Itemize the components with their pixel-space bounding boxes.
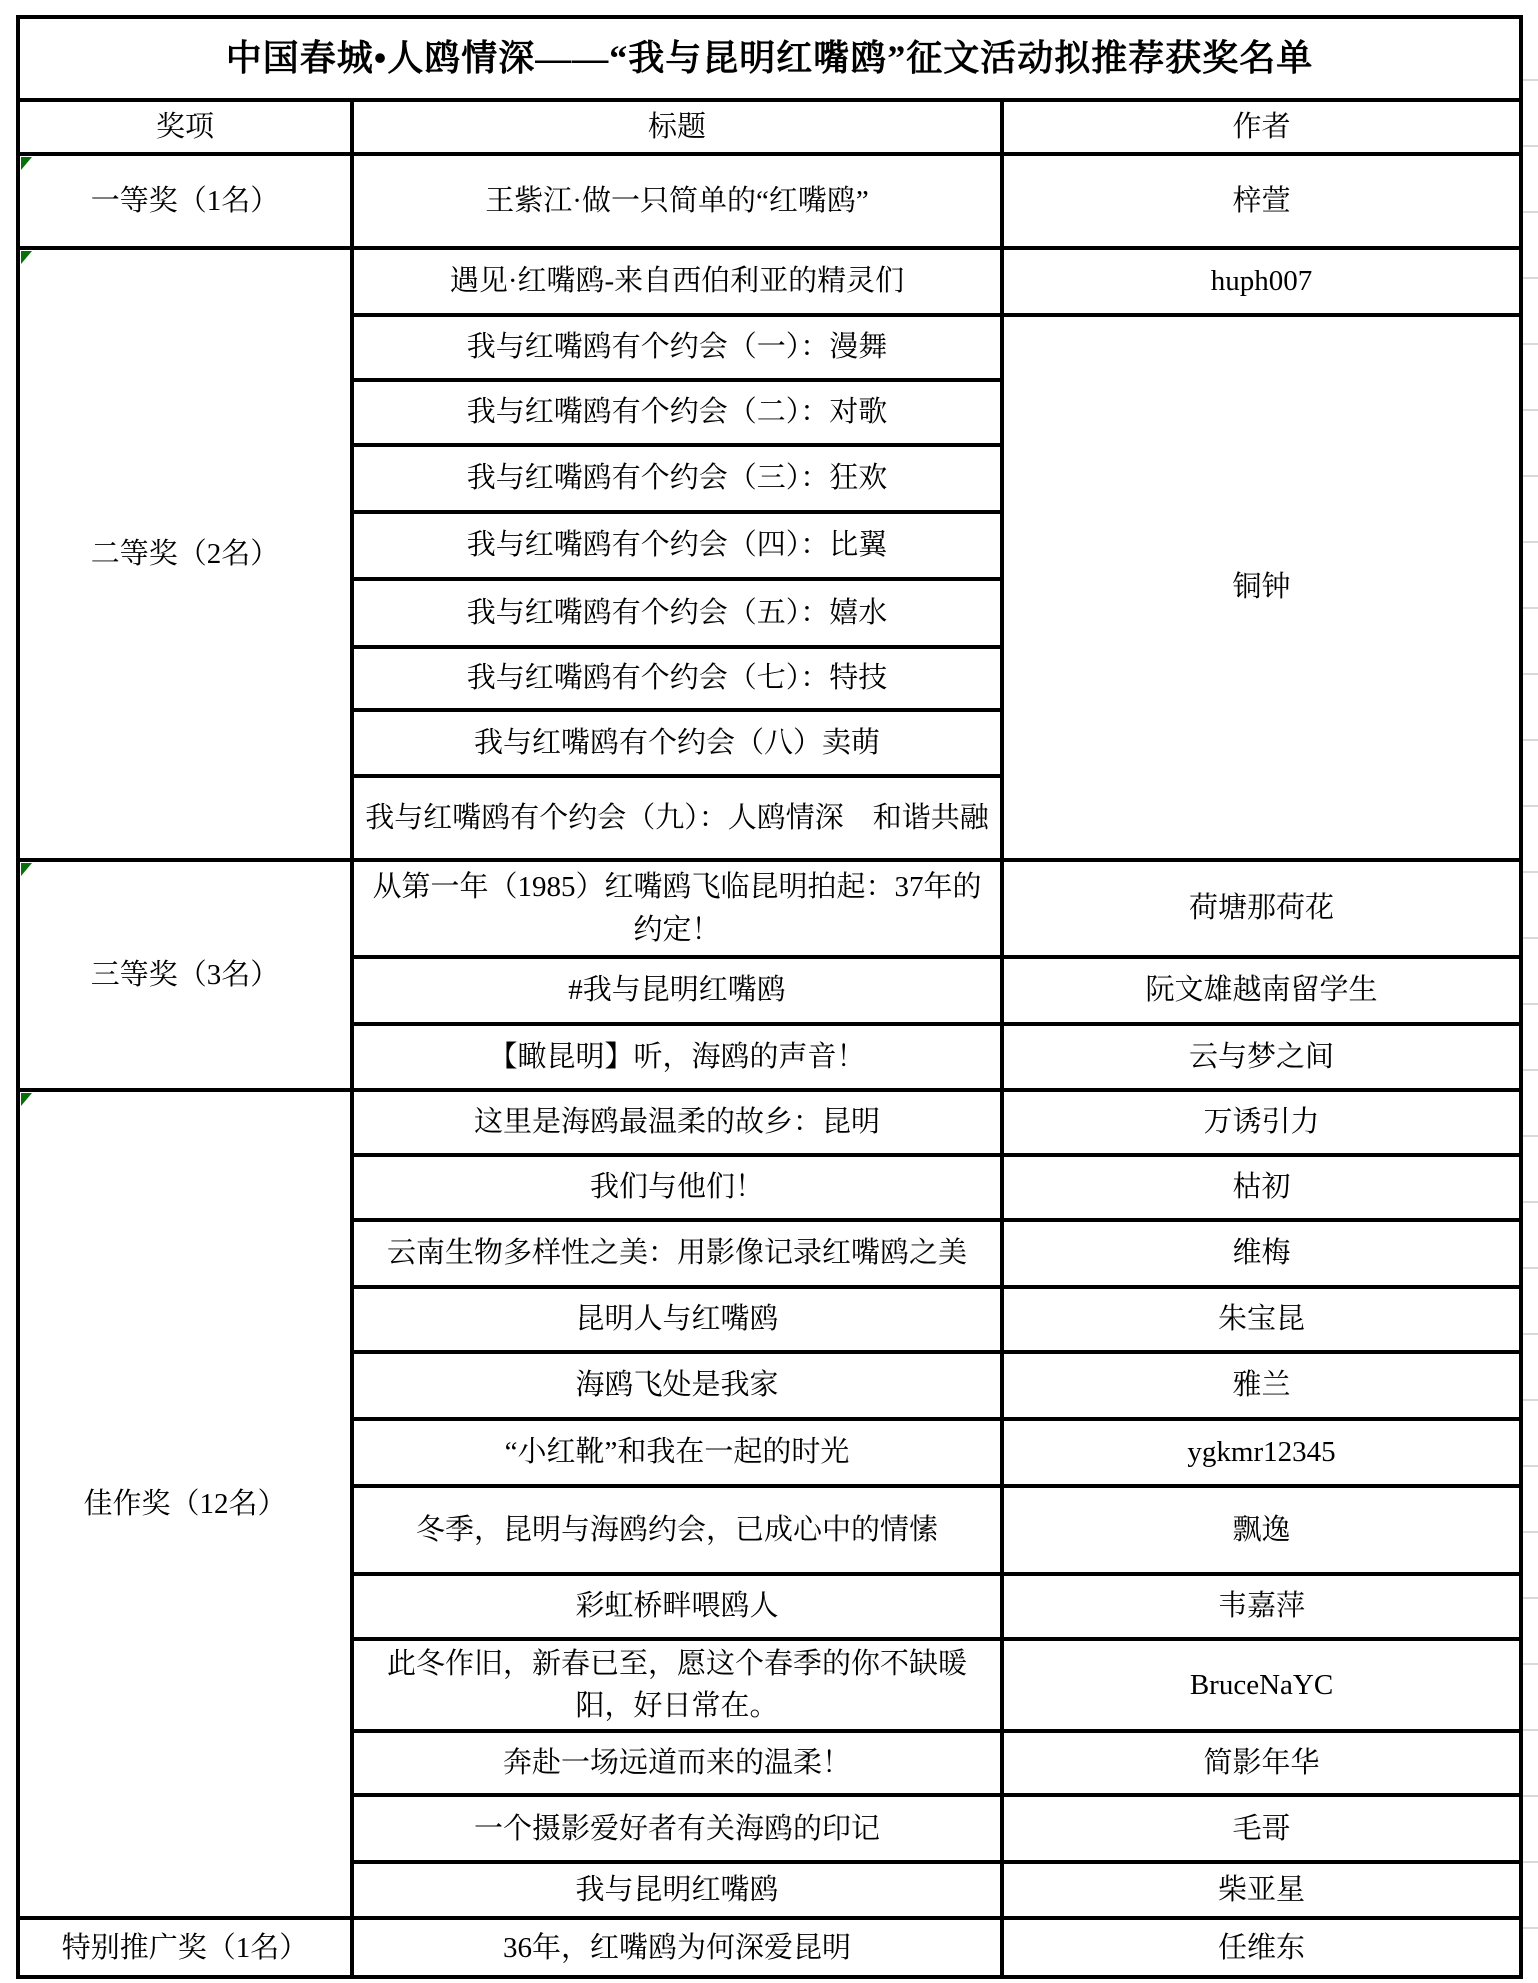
table-title: 中国春城•人鸥情深——“我与昆明红嘴鸥”征文活动拟推荐获奖名单 [18,17,1521,100]
entry-title-cell: 36年，红嘴鸥为何深爱昆明 [352,1918,1002,1977]
entry-author-cell: ygkmr12345 [1002,1419,1521,1486]
entry-title-cell: 我与红嘴鸥有个约会（四）：比翼 [352,512,1002,579]
entry-author-cell-merged: 铜钟 [1002,315,1521,860]
entry-title-cell: 彩虹桥畔喂鸥人 [352,1574,1002,1639]
col-header-award: 奖项 [18,100,352,154]
cell-error-indicator-icon [21,863,32,876]
entry-author-cell: 万诱引力 [1002,1090,1521,1155]
entry-title-cell: 昆明人与红嘴鸥 [352,1287,1002,1352]
entry-title-cell: 遇见·红嘴鸥-来自西伯利亚的精灵们 [352,248,1002,315]
award-cell-third-prize: 三等奖（3名） [18,860,352,1090]
entry-title-cell: 王紫江·做一只简单的“红嘴鸥” [352,154,1002,248]
entry-author-cell: 雅兰 [1002,1352,1521,1419]
entry-author-cell: 阮文雄越南留学生 [1002,957,1521,1024]
sheet-gridlines [1521,15,1538,1977]
entry-title-cell: 从第一年（1985）红嘴鸥飞临昆明拍起：37年的约定！ [352,860,1002,957]
entry-title-cell: 我们与他们！ [352,1155,1002,1220]
entry-title-cell: 我与红嘴鸥有个约会（一）：漫舞 [352,315,1002,380]
entry-title-cell: 我与昆明红嘴鸥 [352,1862,1002,1918]
entry-title-cell: 我与红嘴鸥有个约会（九）：人鸥情深 和谐共融 [352,776,1002,860]
award-cell-second-prize: 二等奖（2名） [18,248,352,860]
entry-title-cell: 我与红嘴鸥有个约会（二）：对歌 [352,380,1002,445]
award-cell-merit-prize: 佳作奖（12名） [18,1090,352,1918]
entry-title-cell: 海鸥飞处是我家 [352,1352,1002,1419]
spreadsheet-sheet: 中国春城•人鸥情深——“我与昆明红嘴鸥”征文活动拟推荐获奖名单 奖项 标题 作者… [0,0,1538,1983]
entry-title-cell: 我与红嘴鸥有个约会（八）卖萌 [352,710,1002,776]
entry-title-cell: 一个摄影爱好者有关海鸥的印记 [352,1795,1002,1862]
entry-author-cell: 枯初 [1002,1155,1521,1220]
entry-author-cell: 飘逸 [1002,1486,1521,1574]
cell-error-indicator-icon [21,157,32,170]
entry-title-cell: 奔赴一场远道而来的温柔！ [352,1731,1002,1795]
entry-title-cell: 此冬作旧，新春已至，愿这个春季的你不缺暖阳，好日常在。 [352,1639,1002,1731]
award-cell-first-prize: 一等奖（1名） [18,154,352,248]
col-header-title: 标题 [352,100,1002,154]
awards-table: 中国春城•人鸥情深——“我与昆明红嘴鸥”征文活动拟推荐获奖名单 奖项 标题 作者… [16,15,1523,1979]
entry-title-cell: 我与红嘴鸥有个约会（三）：狂欢 [352,445,1002,512]
entry-author-cell: 朱宝昆 [1002,1287,1521,1352]
entry-title-cell: “小红靴”和我在一起的时光 [352,1419,1002,1486]
entry-title-cell: 这里是海鸥最温柔的故乡：昆明 [352,1090,1002,1155]
entry-author-cell: huph007 [1002,248,1521,315]
entry-author-cell: 韦嘉萍 [1002,1574,1521,1639]
entry-title-cell: 我与红嘴鸥有个约会（七）：特技 [352,647,1002,710]
entry-author-cell: 梓萱 [1002,154,1521,248]
entry-author-cell: 柴亚星 [1002,1862,1521,1918]
entry-author-cell: 任维东 [1002,1918,1521,1977]
entry-title-cell: 云南生物多样性之美：用影像记录红嘴鸥之美 [352,1220,1002,1287]
award-cell-special-promotion-prize: 特别推广奖（1名） [18,1918,352,1977]
entry-title-cell: 我与红嘴鸥有个约会（五）：嬉水 [352,579,1002,647]
entry-author-cell: 荷塘那荷花 [1002,860,1521,957]
entry-title-cell: 冬季，昆明与海鸥约会，已成心中的情愫 [352,1486,1002,1574]
entry-author-cell: 毛哥 [1002,1795,1521,1862]
col-header-author: 作者 [1002,100,1521,154]
entry-author-cell: 云与梦之间 [1002,1024,1521,1090]
entry-author-cell: 维梅 [1002,1220,1521,1287]
entry-title-cell: #我与昆明红嘴鸥 [352,957,1002,1024]
entry-author-cell: 简影年华 [1002,1731,1521,1795]
cell-error-indicator-icon [21,251,32,264]
entry-author-cell: BruceNaYC [1002,1639,1521,1731]
entry-title-cell: 【瞰昆明】听，海鸥的声音！ [352,1024,1002,1090]
cell-error-indicator-icon [21,1093,32,1106]
